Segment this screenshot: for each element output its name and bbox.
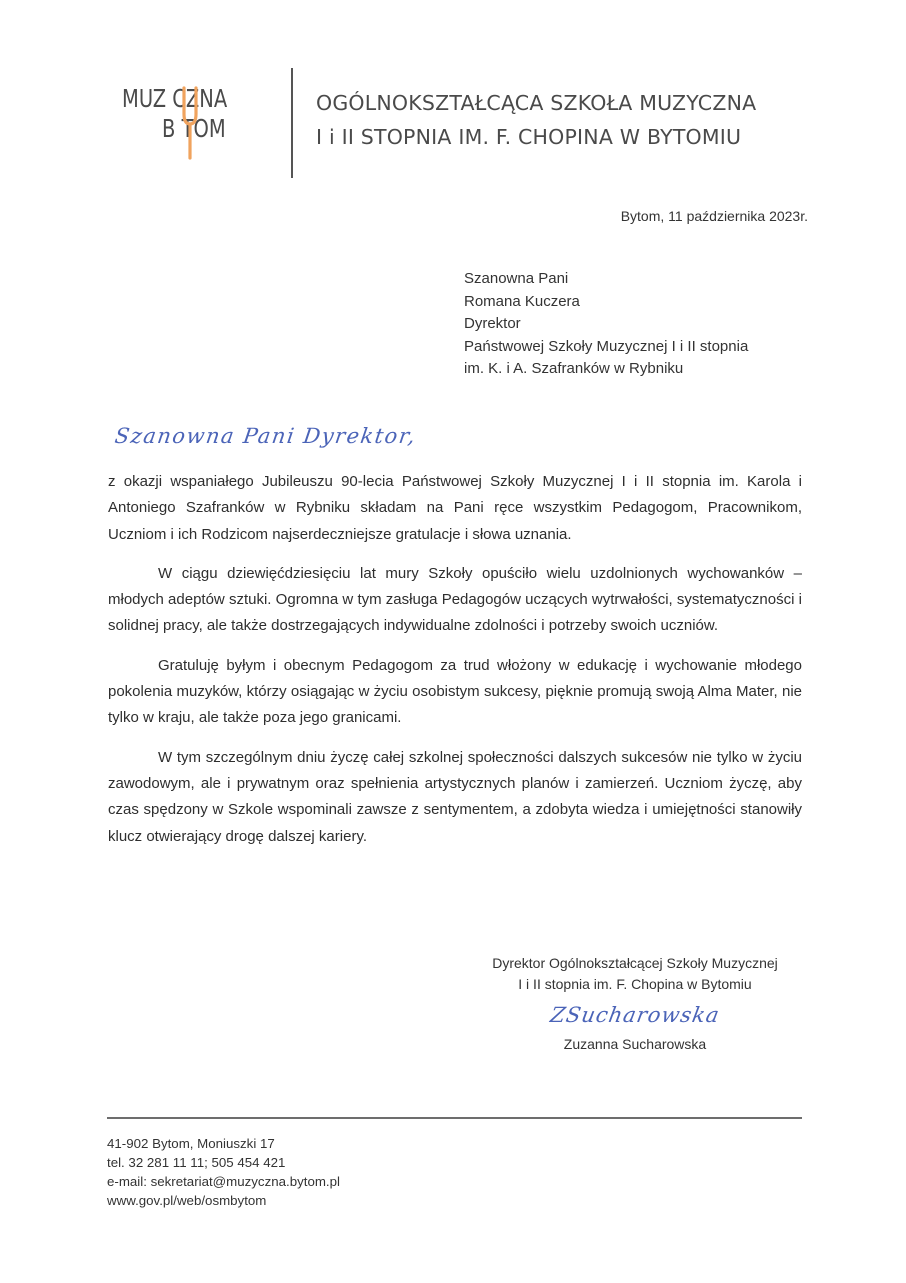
- signer-name: Zuzanna Sucharowska: [470, 1034, 800, 1055]
- handwritten-salutation: Szanowna Pani Dyrektor,: [113, 424, 418, 448]
- footer-contact: 41-902 Bytom, Moniuszki 17 tel. 32 281 1…: [107, 1134, 340, 1210]
- body-paragraph: W tym szczególnym dniu życzę całej szkol…: [108, 745, 802, 850]
- body-paragraph: W ciągu dziewięćdziesięciu lat mury Szko…: [108, 561, 802, 640]
- handwritten-signature: ZSucharowska: [468, 1005, 802, 1026]
- school-name: OGÓLNOKSZTAŁCĄCA SZKOŁA MUZYCZNA I i II …: [316, 86, 756, 154]
- recipient-block: Szanowna Pani Romana Kuczera Dyrektor Pa…: [464, 268, 748, 381]
- body-paragraph: Gratuluję byłym i obecnym Pedagogom za t…: [108, 653, 802, 732]
- footer-website[interactable]: www.gov.pl/web/osmbytom: [107, 1191, 340, 1210]
- school-logo: MUZ CZNA B TOM: [122, 84, 262, 164]
- footer-divider: [107, 1117, 802, 1119]
- recipient-line: Dyrektor: [464, 313, 748, 336]
- letter-date: Bytom, 11 października 2023r.: [621, 208, 808, 224]
- letter-body: z okazji wspaniałego Jubileuszu 90-lecia…: [108, 469, 802, 863]
- signer-title-line1: Dyrektor Ogólnokształcącej Szkoły Muzycz…: [470, 953, 800, 974]
- logo-text-line1: MUZ CZNA: [122, 84, 227, 114]
- tuning-fork-icon: [180, 84, 200, 164]
- school-name-line1: OGÓLNOKSZTAŁCĄCA SZKOŁA MUZYCZNA: [316, 86, 756, 120]
- recipient-line: Państwowej Szkoły Muzycznej I i II stopn…: [464, 336, 748, 359]
- recipient-line: Szanowna Pani: [464, 268, 748, 291]
- signature-block: Dyrektor Ogólnokształcącej Szkoły Muzycz…: [470, 953, 800, 1055]
- recipient-line: Romana Kuczera: [464, 291, 748, 314]
- school-name-line2: I i II STOPNIA IM. F. CHOPINA W BYTOMIU: [316, 120, 756, 154]
- recipient-line: im. K. i A. Szafranków w Rybniku: [464, 358, 748, 381]
- footer-phone: tel. 32 281 11 11; 505 454 421: [107, 1153, 340, 1172]
- signer-title-line2: I i II stopnia im. F. Chopina w Bytomiu: [470, 974, 800, 995]
- letterhead-divider: [291, 68, 293, 178]
- body-paragraph: z okazji wspaniałego Jubileuszu 90-lecia…: [108, 469, 802, 548]
- footer-address: 41-902 Bytom, Moniuszki 17: [107, 1134, 340, 1153]
- footer-email[interactable]: e-mail: sekretariat@muzyczna.bytom.pl: [107, 1172, 340, 1191]
